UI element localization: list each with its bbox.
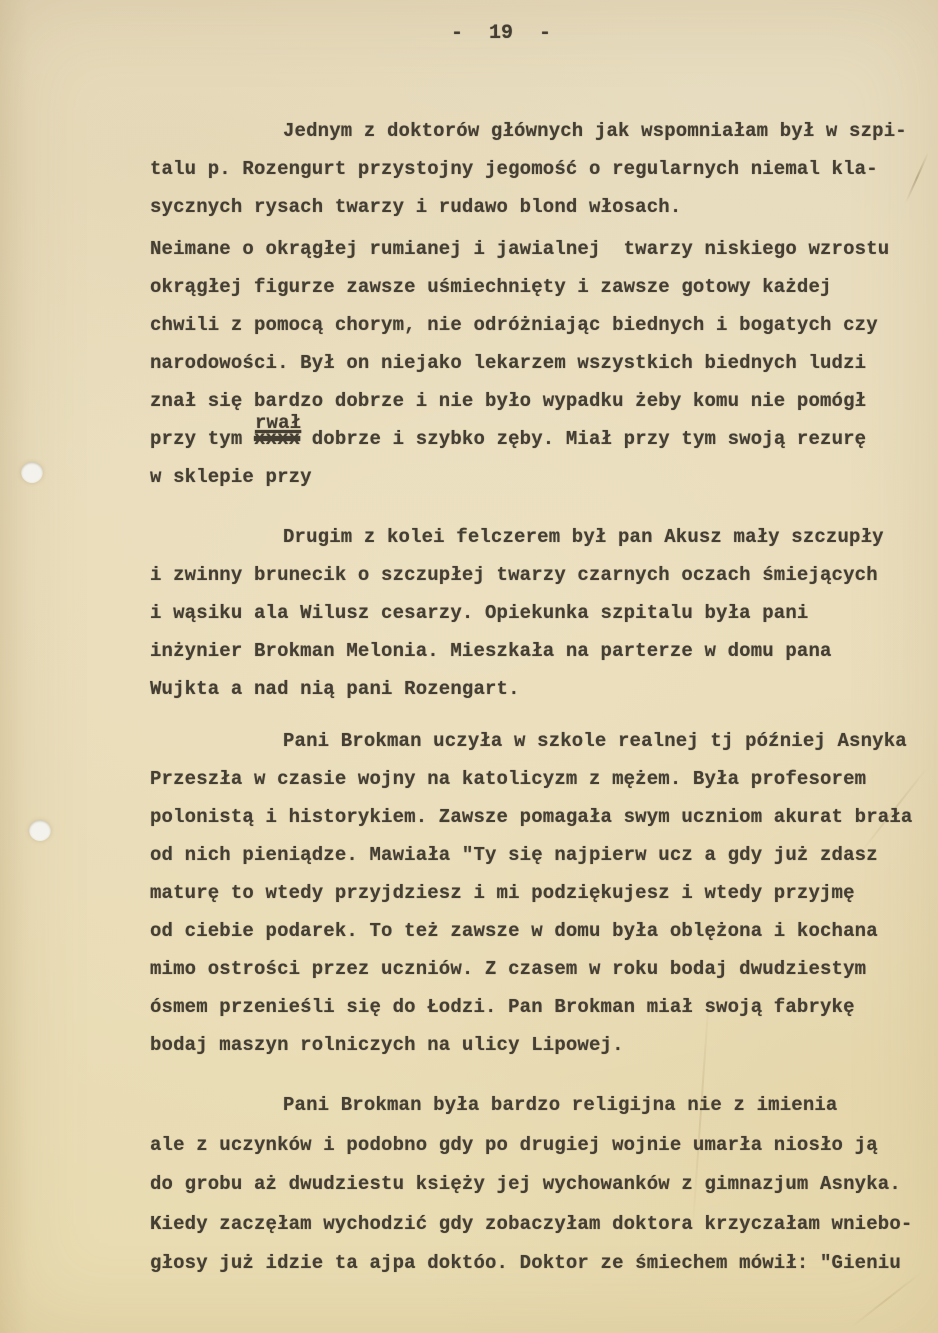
text-line: bodaj maszyn rolniczych na ulicy Lipowej… (150, 1026, 916, 1064)
page-number-dash-right: - (539, 22, 551, 45)
text-line: ósmem przenieśli się do Łodzi. Pan Brokm… (150, 988, 916, 1026)
text-line: narodowości. Był on niejako lekarzem wsz… (150, 344, 916, 382)
text-line: w sklepie przy (150, 458, 916, 496)
typewritten-text: Jednym z doktorów głównych jak wspomniał… (150, 112, 916, 1284)
text-line: Wujkta a nad nią pani Rozengart. (150, 670, 916, 708)
text-line: i wąsiku ala Wilusz cesarzy. Opiekunka s… (150, 594, 916, 632)
text-line: Pani Brokman uczyła w szkole realnej tj … (150, 722, 916, 760)
text-line: Przeszła w czasie wojny na katolicyzm z … (150, 760, 916, 798)
text-line: talu p. Rozengurt przystojny jegomość o … (150, 150, 916, 188)
text-line: inżynier Brokman Melonia. Mieszkała na p… (150, 632, 916, 670)
text-line: Kiedy zaczęłam wychodzić gdy zobaczyłam … (150, 1205, 916, 1245)
page-number: 19 (489, 22, 513, 45)
text-line: Jednym z doktorów głównych jak wspomniał… (150, 112, 916, 150)
text-line: od nich pieniądze. Mawiała "Ty się najpi… (150, 836, 916, 874)
page-number-header: -19- (32, 22, 938, 45)
paragraph: Jednym z doktorów głównych jak wspomniał… (150, 112, 916, 226)
paragraph: Pani Brokman uczyła w szkole realnej tj … (150, 722, 916, 1064)
typed-correction: rwałxxxx (254, 420, 300, 458)
punch-hole-bottom (29, 820, 51, 841)
text-line: okrągłej figurze zawsze uśmiechnięty i z… (150, 268, 916, 306)
text-line: Neimane o okrągłej rumianej i jawialnej … (150, 230, 916, 268)
text-line: do grobu aż dwudziestu księży jej wychow… (150, 1165, 916, 1205)
text-line: mimo ostrości przez uczniów. Z czasem w … (150, 950, 916, 988)
correction-text-before: przy tym (150, 428, 254, 450)
page-number-dash-left: - (451, 22, 463, 45)
text-line: chwili z pomocą chorym, nie odróżniając … (150, 306, 916, 344)
text-line: polonistą i historykiem. Zawsze pomagała… (150, 798, 916, 836)
punch-hole-top (21, 462, 43, 483)
paragraph: Neimane o okrągłej rumianej i jawialnej … (150, 230, 916, 496)
paragraph: Pani Brokman była bardzo religijna nie z… (150, 1086, 916, 1284)
text-line: ale z uczynków i podobno gdy po drugiej … (150, 1126, 916, 1166)
text-line: i zwinny brunecik o szczupłej twarzy cza… (150, 556, 916, 594)
text-line: Pani Brokman była bardzo religijna nie z… (150, 1086, 916, 1126)
paragraph: Drugim z kolei felczerem był pan Akusz m… (150, 518, 916, 708)
text-line: maturę to wtedy przyjdziesz i mi podzięk… (150, 874, 916, 912)
text-line: sycznych rysach twarzy i rudawo blond wł… (150, 188, 916, 226)
correction-text-after: dobrze i szybko zęby. Miał przy tym swoj… (300, 428, 866, 450)
text-line: Drugim z kolei felczerem był pan Akusz m… (150, 518, 916, 556)
correction-inserted-word: rwał (255, 404, 301, 442)
text-line: głosy już idzie ta ajpa doktóo. Doktor z… (150, 1244, 916, 1284)
text-line-with-correction: przy tym rwałxxxx dobrze i szybko zęby. … (150, 420, 916, 458)
text-line: od ciebie podarek. To też zawsze w domu … (150, 912, 916, 950)
document-page: -19- Jednym z doktorów głównych jak wspo… (0, 0, 938, 1333)
